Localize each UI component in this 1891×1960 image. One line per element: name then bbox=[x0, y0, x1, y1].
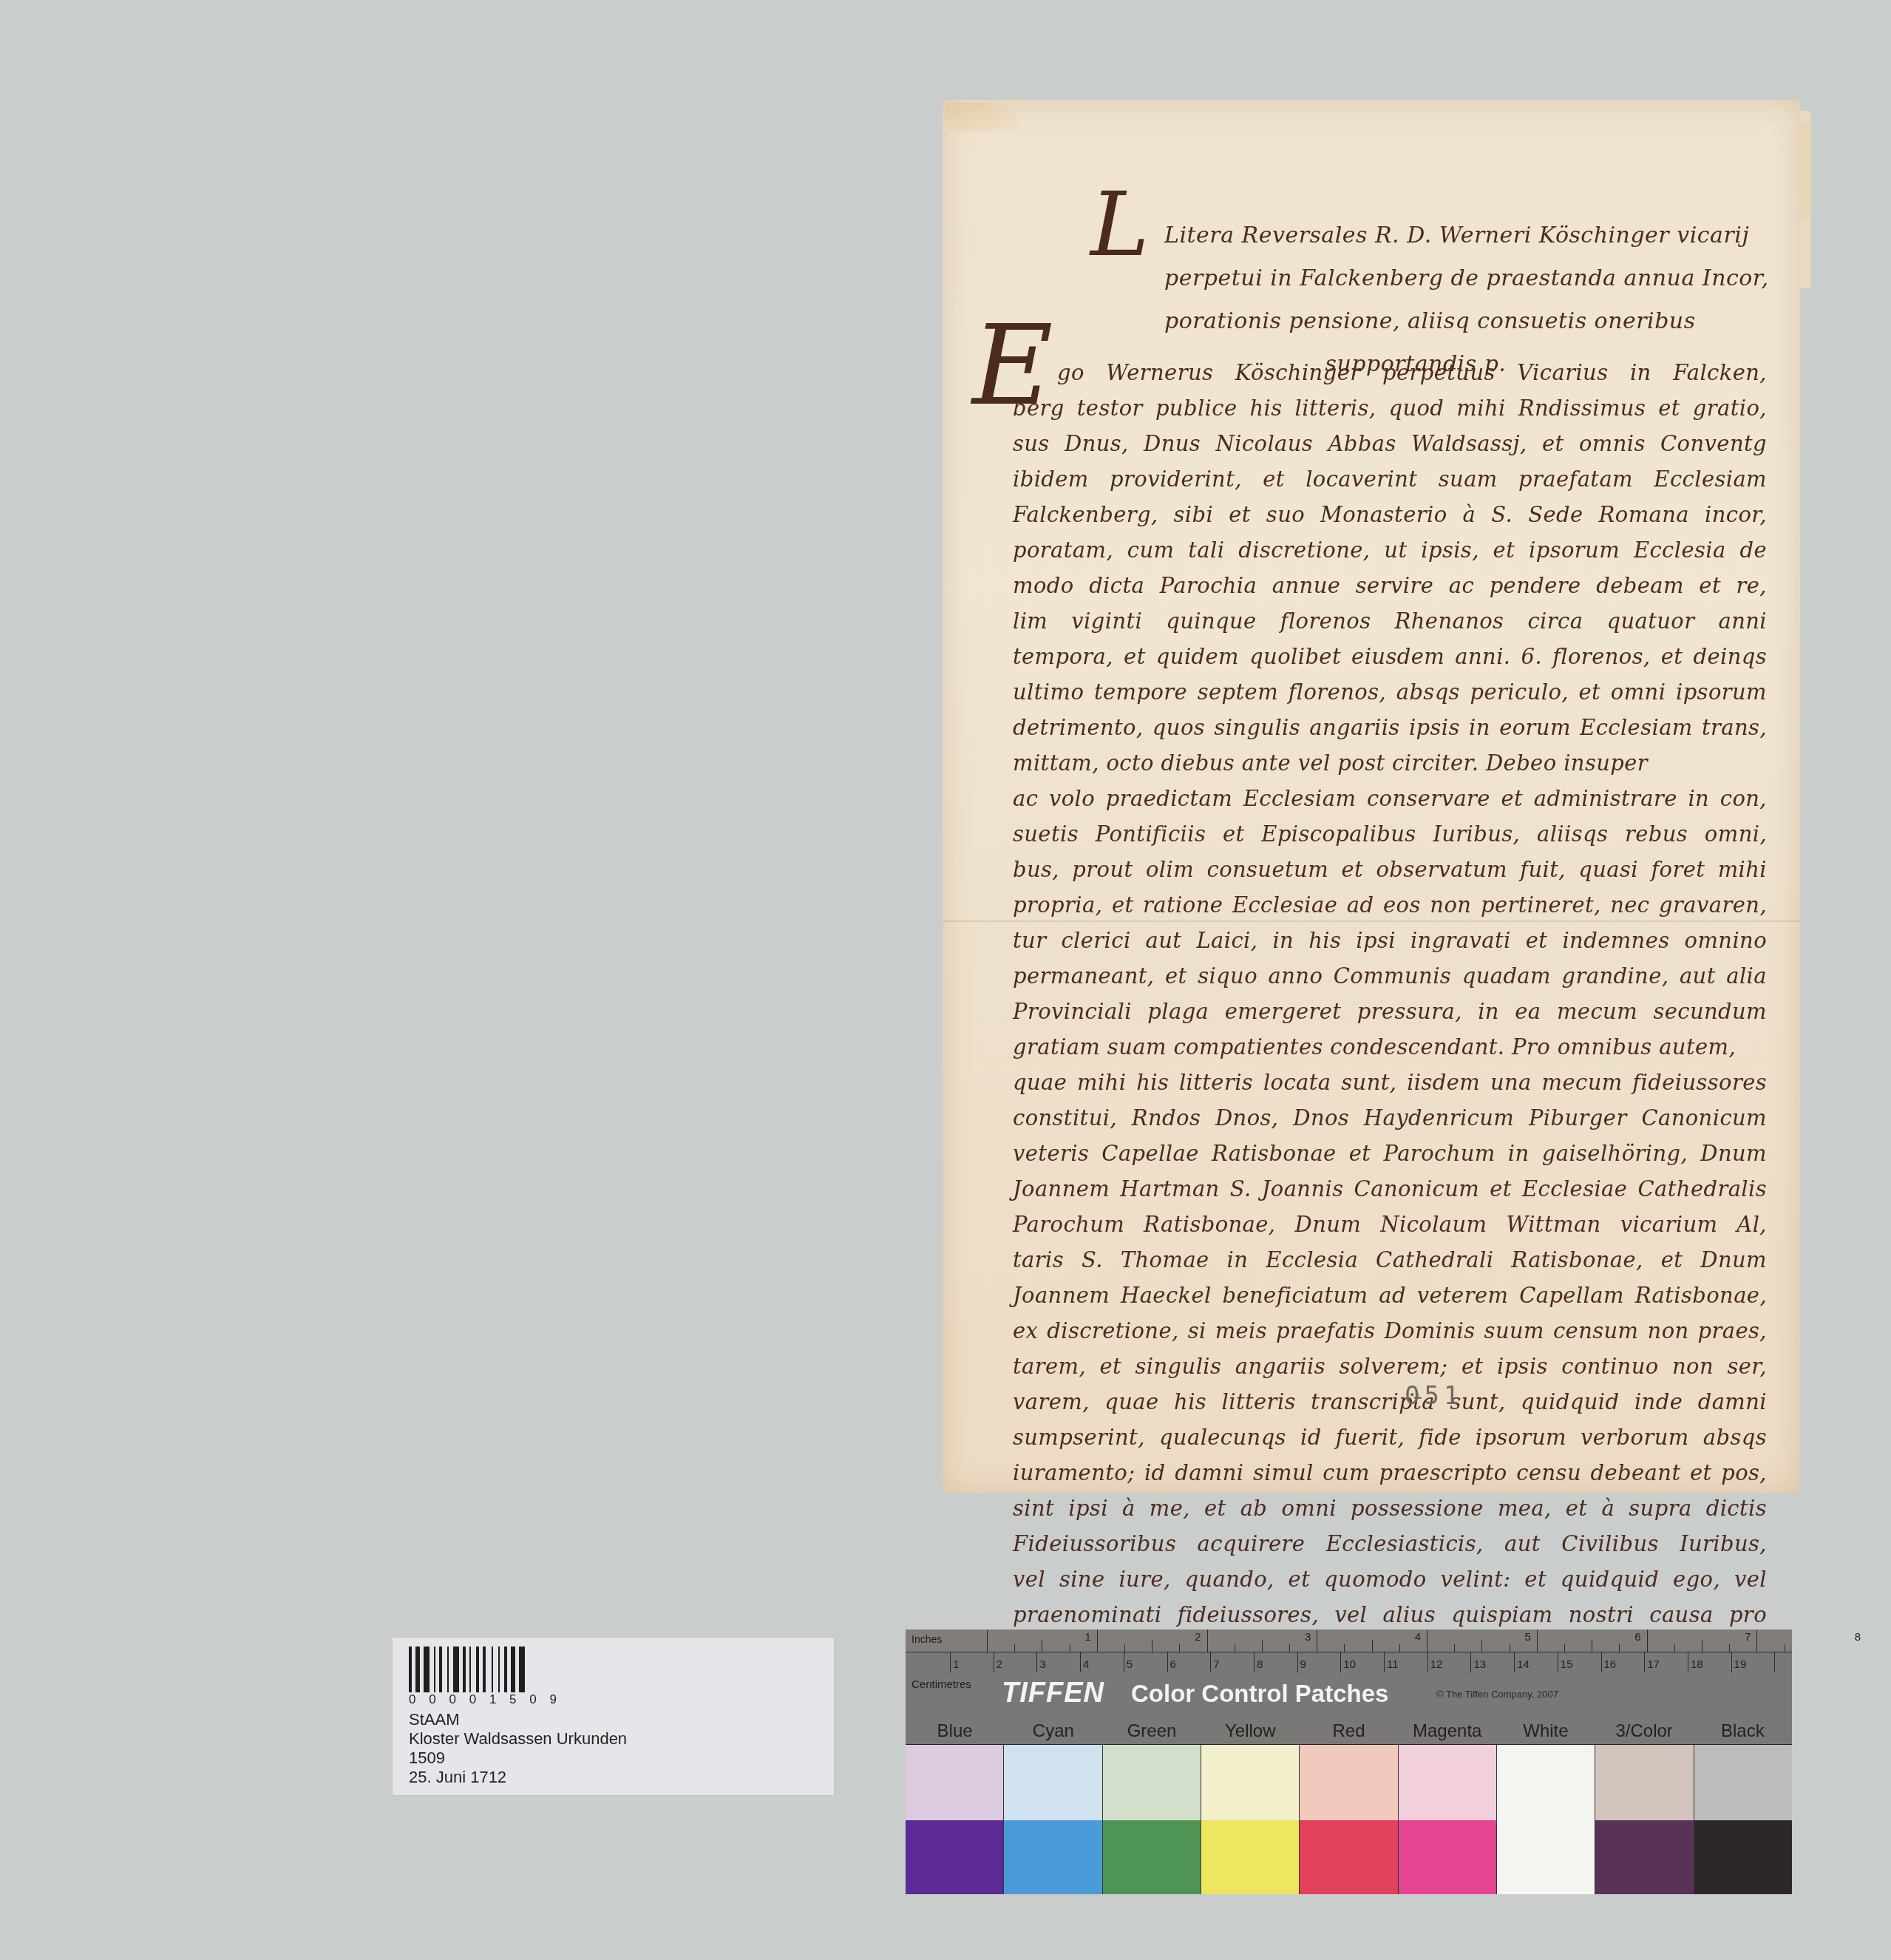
title-line: Litera Reversales R. D. Werneri Kösching… bbox=[1164, 214, 1726, 257]
cm-tick-label: 4 bbox=[1083, 1658, 1089, 1671]
title-line: perpetui in Falckenberg de praestanda an… bbox=[1164, 257, 1726, 300]
chart-copyright: © The Tiffen Company, 2007 bbox=[1436, 1689, 1558, 1700]
patch-name: Blue bbox=[906, 1721, 1004, 1743]
barcode-digit: 0 bbox=[409, 1692, 415, 1707]
title-initial: L bbox=[1090, 181, 1150, 270]
cm-tick-label: 15 bbox=[1561, 1658, 1573, 1671]
color-patch-dark bbox=[1595, 1820, 1694, 1894]
patch-name: Yellow bbox=[1201, 1721, 1300, 1743]
barcode-digit: 0 bbox=[469, 1692, 476, 1707]
inch-tick bbox=[1014, 1644, 1015, 1652]
inch-tick-label: 3 bbox=[1305, 1631, 1311, 1644]
cm-tick-label: 19 bbox=[1734, 1658, 1747, 1671]
cm-tick-label: 10 bbox=[1343, 1658, 1356, 1671]
inch-tick bbox=[1454, 1644, 1455, 1652]
centimetre-ruler: 12345678910111213141516171819 bbox=[906, 1652, 1792, 1675]
body-line: ibidem providerint, et locaverint suam p… bbox=[1013, 461, 1767, 497]
barcode-digit: 0 bbox=[429, 1692, 435, 1707]
body-line: berg testor publice his litteris, quod m… bbox=[1013, 390, 1767, 426]
color-patch-light bbox=[1497, 1745, 1595, 1820]
inch-tick-label: 8 bbox=[1855, 1631, 1861, 1644]
body-line: tempora, et quidem quolibet eiusdem anni… bbox=[1013, 639, 1767, 674]
color-patch-dark bbox=[906, 1820, 1004, 1894]
cm-tick-label: 9 bbox=[1300, 1658, 1306, 1671]
inch-tick bbox=[1070, 1644, 1070, 1652]
inch-tick bbox=[1674, 1644, 1675, 1652]
body-line: poratam, cum tali discretione, ut ipsis,… bbox=[1013, 532, 1767, 568]
chart-title: Color Control Patches bbox=[1131, 1680, 1388, 1708]
cm-tick-label: 12 bbox=[1430, 1658, 1443, 1671]
inch-tick-label: 6 bbox=[1634, 1631, 1640, 1644]
cm-tick bbox=[1340, 1652, 1341, 1672]
patch-name: Red bbox=[1300, 1721, 1398, 1743]
centimetres-label: Centimetres bbox=[911, 1678, 971, 1691]
color-patch-dark bbox=[1103, 1820, 1201, 1894]
color-patch-dark bbox=[1201, 1820, 1300, 1894]
inch-tick bbox=[1235, 1644, 1235, 1652]
body-line: Falckenberg, sibi et suo Monasterio à S.… bbox=[1013, 497, 1767, 532]
cm-tick-label: 6 bbox=[1170, 1658, 1176, 1671]
inch-tick bbox=[1756, 1630, 1757, 1652]
inch-tick bbox=[1647, 1630, 1648, 1652]
body-line: praenominati fideiussores, vel alius qui… bbox=[1013, 1597, 1767, 1632]
cm-tick bbox=[1297, 1652, 1298, 1672]
patch-name: 3/Color bbox=[1595, 1721, 1694, 1743]
body-line: gratiam suam compatientes condescendant.… bbox=[1013, 1029, 1767, 1065]
cm-tick-label: 7 bbox=[1213, 1658, 1219, 1671]
cm-tick-label: 8 bbox=[1257, 1658, 1263, 1671]
body-line: Parochum Ratisbonae, Dnum Nicolaum Wittm… bbox=[1013, 1207, 1767, 1242]
patch-name: Cyan bbox=[1004, 1721, 1102, 1743]
color-patch-light bbox=[1201, 1745, 1300, 1820]
color-patch-light bbox=[1399, 1745, 1497, 1820]
cm-tick-label: 16 bbox=[1604, 1658, 1617, 1671]
inch-tick bbox=[1317, 1630, 1317, 1652]
body-line: iuramento; id damni simul cum praescript… bbox=[1013, 1455, 1767, 1491]
inch-tick bbox=[1207, 1630, 1208, 1652]
barcode-digit: 1 bbox=[489, 1692, 496, 1707]
cm-tick bbox=[1427, 1652, 1428, 1672]
document-date: 25. Juni 1712 bbox=[409, 1768, 627, 1787]
folio-number: 051 bbox=[1405, 1381, 1463, 1411]
body-line: quae mihi his litteris locata sunt, iisd… bbox=[1013, 1065, 1767, 1100]
inch-tick bbox=[1289, 1644, 1290, 1652]
cm-tick bbox=[1470, 1652, 1471, 1672]
inch-tick bbox=[1619, 1644, 1620, 1652]
archive-name: StAAM bbox=[409, 1710, 627, 1729]
body-line: sint ipsi à me, et ab omni possessione m… bbox=[1013, 1491, 1767, 1526]
inch-tick-label: 4 bbox=[1415, 1631, 1421, 1644]
body-line: ac volo praedictam Ecclesiam conservare … bbox=[1013, 781, 1767, 816]
inch-tick-label: 1 bbox=[1084, 1631, 1090, 1644]
inch-tick bbox=[1262, 1640, 1263, 1652]
color-patch-light bbox=[1694, 1745, 1792, 1820]
inches-label: Inches bbox=[911, 1633, 942, 1645]
cm-tick bbox=[1124, 1652, 1124, 1672]
body-line: ex discretione, si meis praefatis Domini… bbox=[1013, 1313, 1767, 1349]
cm-tick-label: 17 bbox=[1647, 1658, 1660, 1671]
inch-tick bbox=[1427, 1630, 1427, 1652]
body-line: vel sine iure, quando, et quomodo velint… bbox=[1013, 1561, 1767, 1597]
body-line: ultimo tempore septem florenos, absqs pe… bbox=[1013, 674, 1767, 710]
body-line: Joannem Hartman S. Joannis Canonicum et … bbox=[1013, 1171, 1767, 1207]
cm-tick bbox=[1254, 1652, 1255, 1672]
color-patch-dark bbox=[1399, 1820, 1497, 1894]
body-line: tarem, et singulis angariis solverem; et… bbox=[1013, 1349, 1767, 1384]
body-line: sus Dnus, Dnus Nicolaus Abbas Waldsassj,… bbox=[1013, 426, 1767, 461]
inch-tick bbox=[1372, 1640, 1373, 1652]
patch-name-row: BlueCyanGreenYellowRedMagentaWhite3/Colo… bbox=[906, 1721, 1792, 1743]
body-line: lim viginti quinque florenos Rhenanos ci… bbox=[1013, 603, 1767, 639]
cm-tick-label: 1 bbox=[953, 1658, 959, 1671]
cm-tick-label: 14 bbox=[1517, 1658, 1530, 1671]
cm-tick-label: 18 bbox=[1691, 1658, 1703, 1671]
barcode bbox=[409, 1647, 529, 1692]
light-patch-row bbox=[906, 1744, 1792, 1820]
cm-tick bbox=[1558, 1652, 1558, 1672]
label-text: StAAM Kloster Waldsassen Urkunden 1509 2… bbox=[409, 1710, 627, 1787]
inch-tick bbox=[1399, 1644, 1400, 1652]
body-line: varem, quae his litteris transcripta sun… bbox=[1013, 1384, 1767, 1420]
manuscript-page: L Litera Reversales R. D. Werneri Köschi… bbox=[943, 100, 1800, 1493]
inch-tick-label: 7 bbox=[1745, 1631, 1751, 1644]
inch-tick bbox=[1097, 1630, 1098, 1652]
dark-patch-row bbox=[906, 1820, 1792, 1894]
color-patch-light bbox=[1004, 1745, 1102, 1820]
body-line: taris S. Thomae in Ecclesia Cathedrali R… bbox=[1013, 1242, 1767, 1278]
archive-label-card: 00001509 StAAM Kloster Waldsassen Urkund… bbox=[393, 1638, 834, 1795]
document-body: go Wernerus Köschinger perpetuus Vicariu… bbox=[1013, 355, 1767, 1703]
color-patch-light bbox=[906, 1745, 1004, 1820]
cm-tick bbox=[1644, 1652, 1645, 1672]
color-patch-dark bbox=[1694, 1820, 1792, 1894]
color-patch-light bbox=[1103, 1745, 1201, 1820]
title-line: porationis pensione, aliisq consuetis on… bbox=[1164, 300, 1726, 343]
barcode-digit: 0 bbox=[529, 1692, 536, 1707]
patch-name: Magenta bbox=[1398, 1721, 1496, 1743]
body-line: go Wernerus Köschinger perpetuus Vicariu… bbox=[1013, 355, 1767, 390]
color-patch-dark bbox=[1004, 1820, 1102, 1894]
cm-tick bbox=[994, 1652, 994, 1672]
cm-tick bbox=[1601, 1652, 1602, 1672]
cm-tick bbox=[1514, 1652, 1515, 1672]
barcode-digit: 0 bbox=[449, 1692, 455, 1707]
cm-tick bbox=[1167, 1652, 1168, 1672]
inch-tick bbox=[1042, 1640, 1042, 1652]
barcode-digit: 9 bbox=[550, 1692, 557, 1707]
inch-tick-label: 5 bbox=[1524, 1631, 1530, 1644]
body-line: tur clerici aut Laici, in his ipsi ingra… bbox=[1013, 923, 1767, 958]
color-patch-dark bbox=[1300, 1820, 1398, 1894]
inch-tick bbox=[1729, 1644, 1730, 1652]
patch-name: White bbox=[1496, 1721, 1595, 1743]
cm-tick bbox=[1774, 1652, 1775, 1672]
cm-tick-label: 11 bbox=[1387, 1658, 1399, 1671]
color-patch-light bbox=[1595, 1745, 1694, 1820]
inch-ruler: Inches 12345678 bbox=[906, 1630, 1792, 1652]
body-line: modo dicta Parochia annue servire ac pen… bbox=[1013, 568, 1767, 603]
color-patch-light bbox=[1300, 1745, 1398, 1820]
tiffen-color-chart: Inches 12345678 123456789101112131415161… bbox=[906, 1630, 1792, 1894]
patch-name: Black bbox=[1694, 1721, 1792, 1743]
body-line: Provinciali plaga emergeret pressura, in… bbox=[1013, 994, 1767, 1029]
inch-tick bbox=[1152, 1640, 1152, 1652]
barcode-digit: 5 bbox=[509, 1692, 516, 1707]
cm-tick bbox=[1384, 1652, 1385, 1672]
cm-tick bbox=[1080, 1652, 1081, 1672]
body-line: Joannem Haeckel beneficiatum ad veterem … bbox=[1013, 1278, 1767, 1313]
body-line: constitui, Rndos Dnos, Dnos Haydenricum … bbox=[1013, 1100, 1767, 1136]
inch-tick bbox=[1702, 1640, 1702, 1652]
cm-tick-label: 2 bbox=[997, 1658, 1002, 1671]
inch-tick bbox=[1179, 1644, 1180, 1652]
document-number: 1509 bbox=[409, 1749, 627, 1768]
color-patch-dark bbox=[1497, 1820, 1595, 1894]
cm-tick-label: 3 bbox=[1039, 1658, 1045, 1671]
body-line: sumpserint, qualecunqs id fuerit, fide i… bbox=[1013, 1420, 1767, 1455]
inch-tick bbox=[1785, 1644, 1785, 1652]
inch-tick bbox=[1592, 1640, 1592, 1652]
inch-tick bbox=[1564, 1644, 1565, 1652]
body-line: bus, prout olim consuetum et observatum … bbox=[1013, 852, 1767, 887]
cm-tick bbox=[1731, 1652, 1732, 1672]
body-line: Fideiussoribus acquirere Ecclesiasticis,… bbox=[1013, 1526, 1767, 1561]
inch-tick bbox=[1510, 1644, 1510, 1652]
cm-tick-label: 13 bbox=[1473, 1658, 1486, 1671]
collection-name: Kloster Waldsassen Urkunden bbox=[409, 1729, 627, 1749]
inch-tick bbox=[1481, 1640, 1482, 1652]
barcode-digits: 00001509 bbox=[409, 1692, 557, 1707]
cm-tick bbox=[950, 1652, 951, 1672]
inch-tick-label: 2 bbox=[1195, 1631, 1201, 1644]
inch-tick bbox=[1344, 1644, 1345, 1652]
inch-tick bbox=[1124, 1644, 1125, 1652]
cm-tick bbox=[1210, 1652, 1211, 1672]
body-line: detrimento, quos singulis angariis ipsis… bbox=[1013, 710, 1767, 745]
paper-corner-curl bbox=[945, 103, 1019, 132]
cm-tick bbox=[1688, 1652, 1688, 1672]
tiffen-logo: TIFFEN bbox=[1002, 1678, 1104, 1709]
body-line: propria, et ratione Ecclesiae ad eos non… bbox=[1013, 887, 1767, 923]
inch-tick bbox=[1537, 1630, 1538, 1652]
patch-name: Green bbox=[1102, 1721, 1201, 1743]
body-line: suetis Pontificiis et Episcopalibus Iuri… bbox=[1013, 816, 1767, 852]
body-line: veteris Capellae Ratisbonae et Parochum … bbox=[1013, 1136, 1767, 1171]
body-line: permaneant, et siquo anno Communis quada… bbox=[1013, 958, 1767, 994]
cm-tick bbox=[1036, 1652, 1037, 1672]
body-line: mittam, octo diebus ante vel post circit… bbox=[1013, 745, 1767, 781]
cm-tick-label: 5 bbox=[1127, 1658, 1133, 1671]
inch-tick bbox=[987, 1630, 988, 1652]
